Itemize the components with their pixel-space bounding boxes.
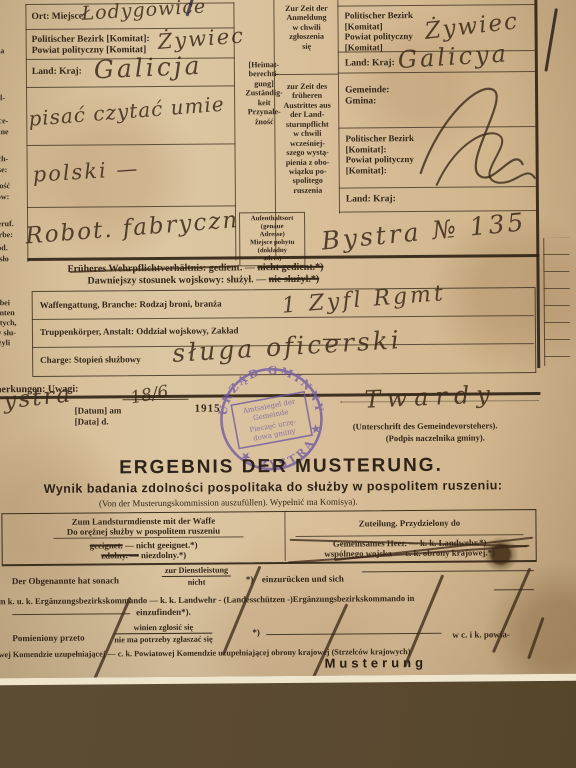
left-fragment: nia [0, 46, 4, 56]
unterschrift-caption-pl: (Podpis naczelnika gminy). [386, 432, 485, 443]
left-fragment: erbe: [0, 230, 13, 240]
musterung-subtitle: Wynik badania zdolności pospolitaka do s… [0, 478, 553, 497]
table-line [274, 74, 338, 76]
left-fragment: o tych, [0, 318, 17, 328]
bezirk-value-handwriting: Żywiec [157, 25, 246, 53]
table-right-header: Zuteilung. Przydzielony do [285, 517, 533, 529]
fitness-l2-struck: zdolny. — [101, 550, 139, 560]
decision-p1-fraction: zur Dienstleistung nicht [162, 565, 231, 587]
datum-label-pl: [Data] d. [75, 416, 109, 427]
left-fragment: osło [0, 254, 9, 264]
anmeldung-label: Zur Zeit der Anmeldung w chwili zgłoszen… [277, 4, 335, 52]
language-value-handwriting: polski — [32, 158, 140, 185]
decision-p4-pre: Pomieniony przeto [12, 633, 84, 644]
photo-of-document: - nia l- alce- olne ch- isse: mość ów: b… [0, 0, 576, 768]
fraction-bottom: nie ma potrzeby zgłaszać się [114, 634, 212, 645]
occupation-value-handwriting: Robot. fabryczn [25, 209, 240, 249]
ort-label: Ort: Miejsce: [31, 12, 86, 24]
place-handwriting: Bystra [0, 383, 73, 416]
document-paper: - nia l- alce- olne ch- isse: mość ów: b… [0, 0, 576, 685]
decision-p2: im k. u. k. Ergänzungsbezirkskommando — … [0, 593, 414, 606]
left-fragment: alce- [0, 116, 8, 126]
gemeinde-label: Gemeinde: Gmina: [345, 85, 390, 108]
wehrpflicht-line-pl: Dawniejszy stosunek wojskowy: służył. — … [87, 274, 319, 288]
left-fragment: olne [0, 127, 9, 137]
charge-label: Charge: Stopień służbowy [40, 354, 141, 365]
fraction-bottom: nicht [162, 576, 231, 587]
fraction-top: zur Dienstleistung [162, 565, 231, 577]
pen-slash [492, 568, 531, 653]
left-fragment: ch- [0, 154, 8, 164]
table-line [337, 4, 534, 7]
left-fragment: isse: [0, 165, 7, 175]
musterung-note: (Von der Musterungskommission auszufülle… [0, 496, 463, 510]
datum-label-de: [Datum] am [75, 405, 122, 416]
waffengattung-label: Waffengattung, Branche: Rodzaj broni, br… [40, 299, 222, 311]
decision-p3: einzufinden*). [136, 607, 191, 618]
left-fragment: ów: [0, 192, 9, 202]
fill-line [494, 589, 534, 590]
land-value-handwriting: Galicja [93, 53, 203, 83]
left-fragment: mość [0, 181, 10, 191]
fitness-l1-struck: geeignet. [90, 540, 123, 550]
fitness-l1-rest: — nicht geeignet.*) [123, 540, 198, 551]
left-fragment: ód. [0, 243, 8, 253]
pen-slash [403, 574, 444, 667]
pen-slash [307, 603, 347, 685]
decision-p1-pre: Der Obgenannte hat sonach [12, 575, 119, 586]
fitness-line2: zdolny. — niezdolny.*) [4, 549, 284, 562]
land3-label: Land: Kraj: [346, 194, 396, 206]
left-fragment: żyli [0, 338, 10, 348]
unterschrift-caption-de: (Unterschrift des Gemeindevorstehers). [353, 420, 498, 431]
wehrpflicht-de-struck: nicht gedient.*) [257, 262, 323, 274]
fill-line [12, 613, 130, 615]
school-value-handwriting: pisać czytać umie [28, 94, 226, 129]
land-label: Land: Kraj: [32, 67, 82, 79]
left-fragment: zy słu- [0, 328, 16, 338]
land2-label: Land: Kraj: [345, 58, 395, 70]
fitness-l2-rest: niezdolny.*) [139, 550, 186, 560]
fraction-top: winien zgłosić się [114, 623, 212, 635]
left-fragment: ienten [0, 308, 15, 318]
bezirk3-label: Politischer Bezirk [Komitat]: Powiat pol… [345, 133, 414, 176]
musterung-title: ERGEBNIS DER MUSTERUNG. [0, 454, 569, 481]
fill-line [362, 570, 534, 572]
left-fragment: l- [0, 93, 5, 102]
flourish-handwriting [430, 124, 541, 195]
date-handwriting: 18/6 [129, 384, 170, 408]
cut-off-stamp-text: Musterung [324, 655, 427, 671]
wehrpflicht-pl-struck: nie służył.*) [269, 274, 320, 285]
table-line [26, 143, 235, 146]
table-line [26, 85, 235, 88]
austritt-label: zur Zeit des früheren Austrittes aus der… [277, 82, 338, 196]
decision-p1-post: einzurücken und sich [262, 574, 344, 585]
pen-slash [527, 617, 544, 659]
decision-p4-fraction: winien zgłosić się nie ma potrzeby zgłas… [114, 623, 212, 645]
table-line [27, 205, 236, 208]
left-fragment: beruf. [0, 219, 14, 229]
pen-stroke [544, 8, 558, 72]
partial-right-column [543, 238, 570, 366]
aufenthalt-value-handwriting: Bystra № 135 [320, 209, 527, 253]
decision-p4-star: *) [252, 627, 260, 638]
land2-value-handwriting: Galicya [397, 41, 509, 72]
signature-handwriting: Twardy [364, 382, 497, 412]
left-fragment: bei [0, 298, 10, 308]
wehrpflicht-pl-text: Dawniejszy stosunek wojskowy: służył. — [87, 274, 268, 286]
